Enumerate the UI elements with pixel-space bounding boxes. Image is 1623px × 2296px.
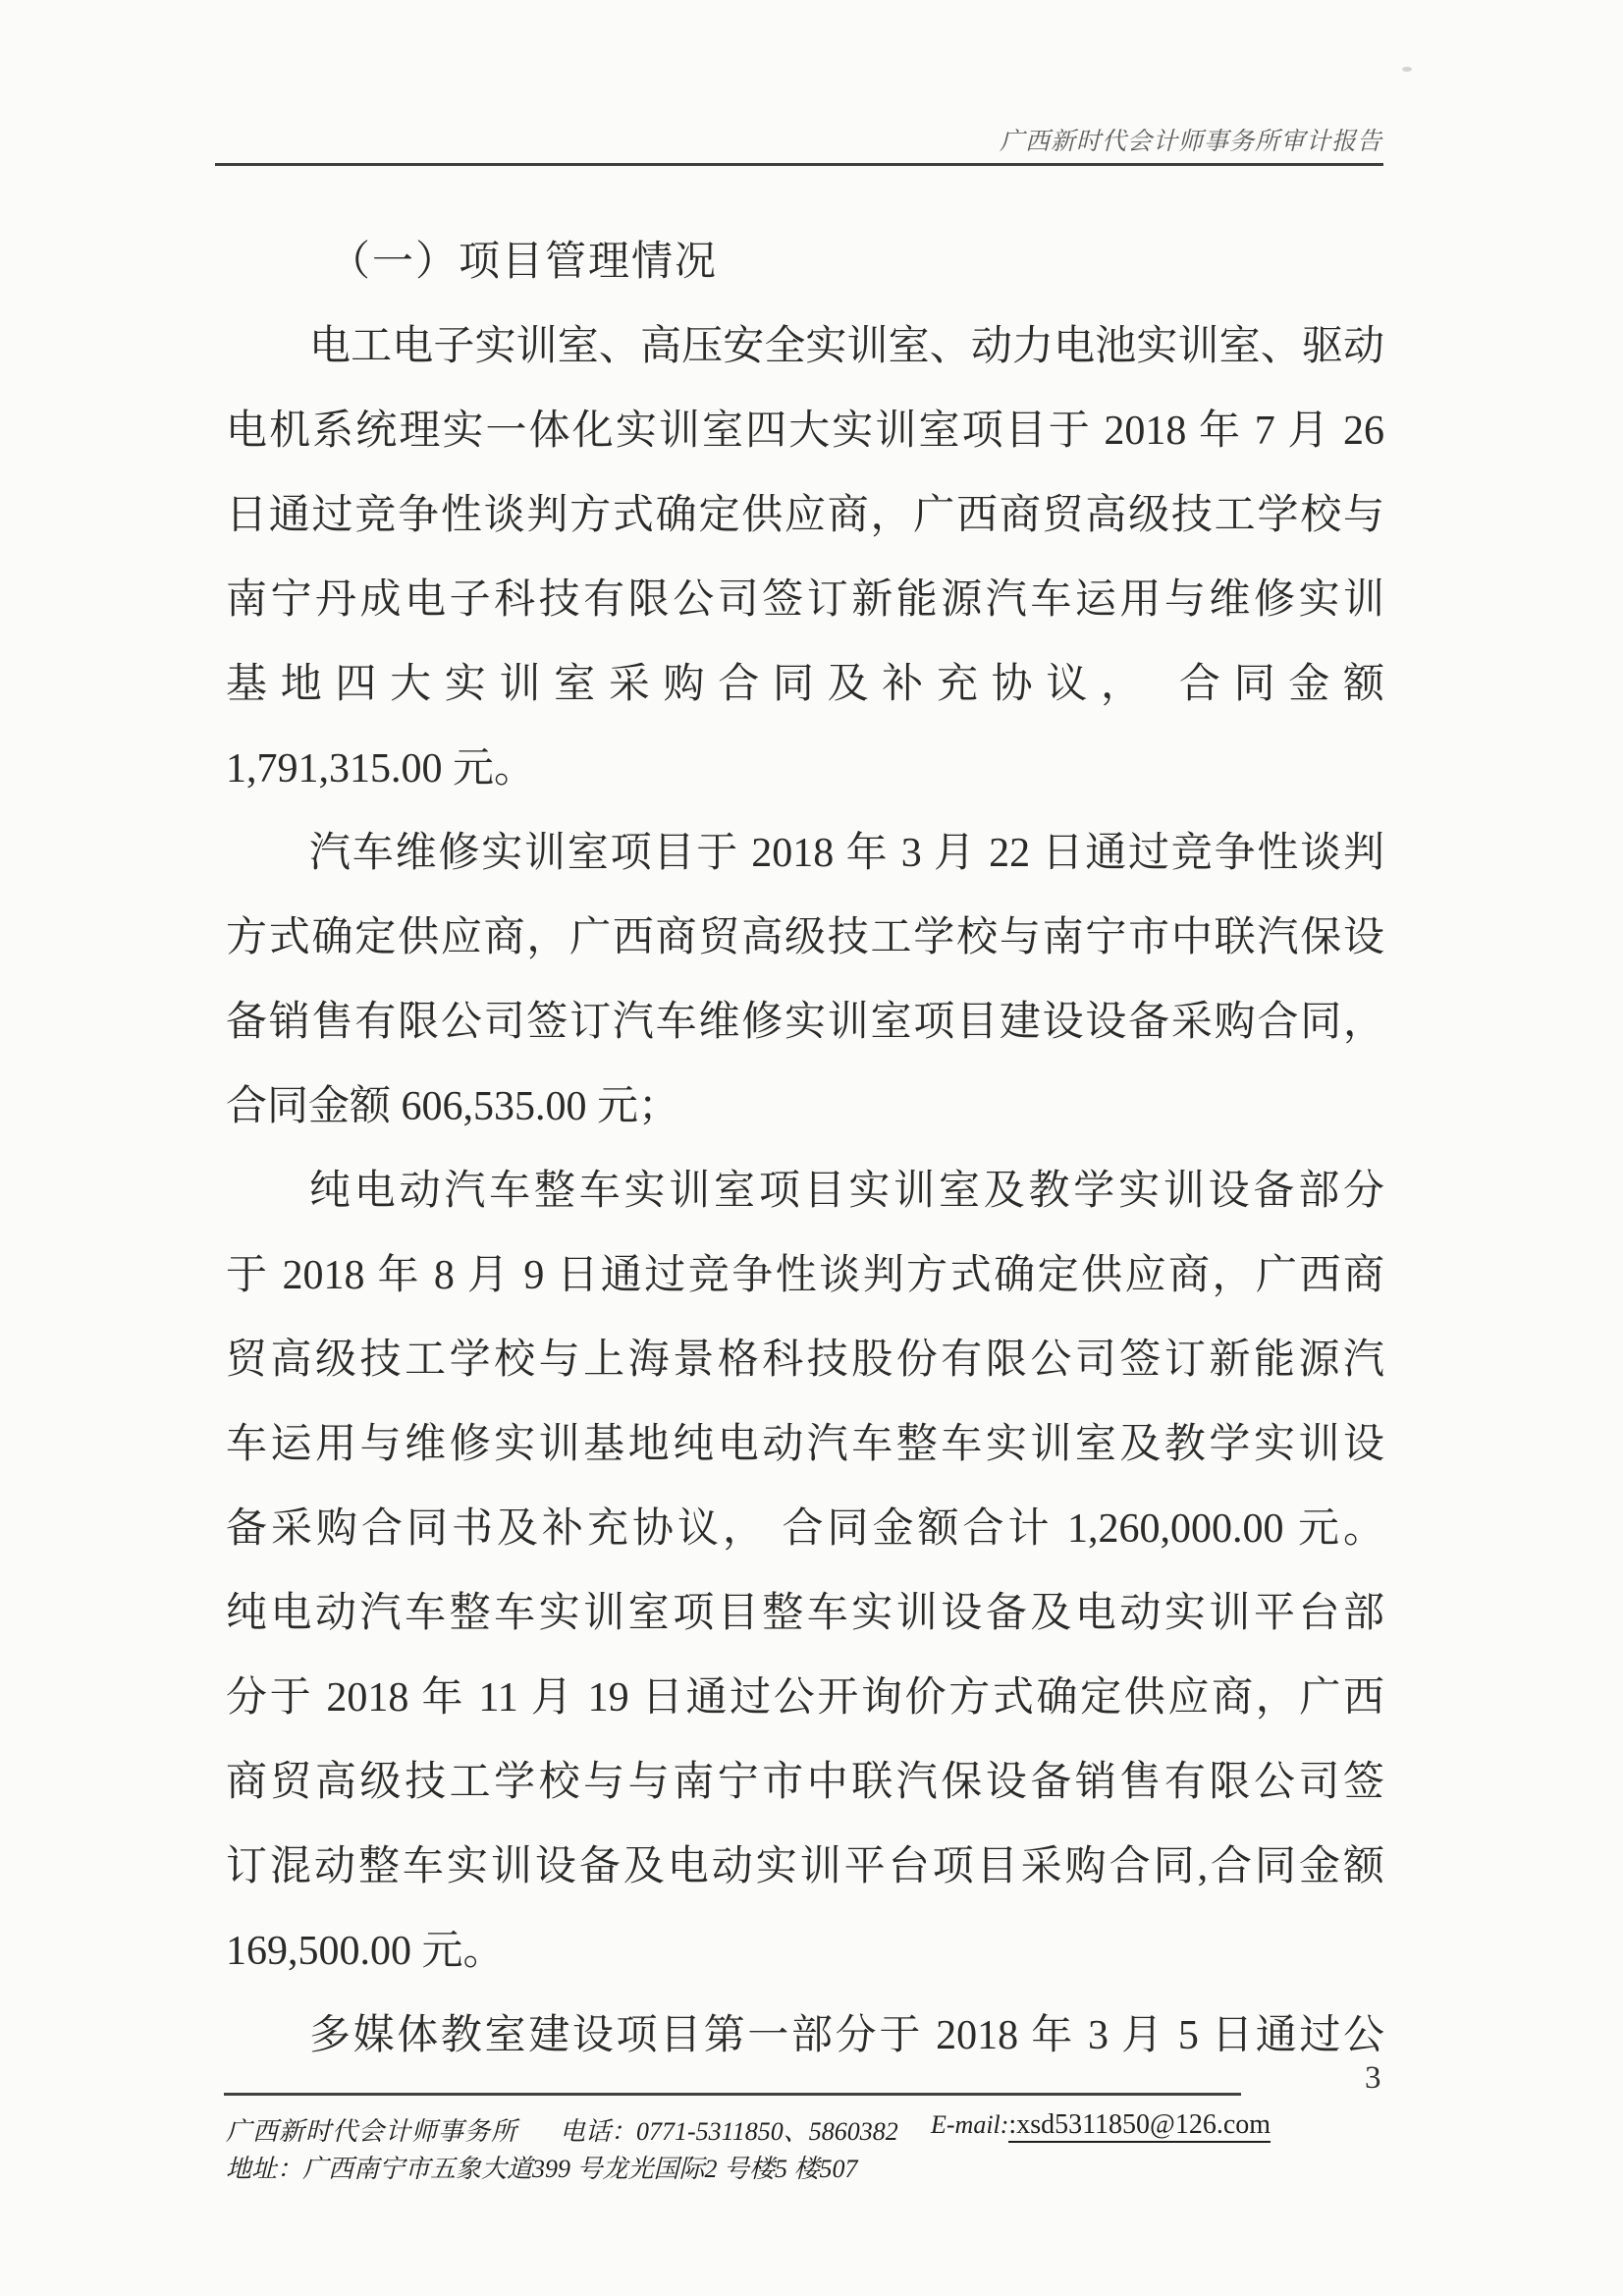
page-number: 3	[1365, 2060, 1381, 2097]
footer-phone-label: 电话：	[560, 2117, 636, 2146]
body-line: 基地四大实训室采购合同及补充协议， 合同金额	[226, 642, 1384, 727]
body-line: 于 2018 年 8 月 9 日通过竞争性谈判方式确定供应商，广西商	[226, 1233, 1384, 1318]
header-title: 广西新时代会计师事务所审计报告	[1000, 129, 1382, 155]
footer-phone-value: 0771-5311850、5860382	[636, 2117, 898, 2146]
body-line: 合同金额 606,535.00 元；	[226, 1065, 1384, 1149]
body-line: 贸高级技工学校与上海景格科技股份有限公司签订新能源汽	[226, 1318, 1384, 1402]
body-line: 方式确定供应商，广西商贸高级技工学校与南宁市中联汽保设	[226, 896, 1384, 980]
body-line: 1,791,315.00 元。	[226, 727, 1384, 811]
header-rule	[215, 163, 1383, 166]
footer-email-label: E-mail:	[931, 2110, 1008, 2139]
footer-rule	[224, 2093, 1241, 2096]
body-line: 纯电动汽车整车实训室项目实训室及教学实训设备部分	[226, 1149, 1384, 1233]
body-line: 备销售有限公司签订汽车维修实训室项目建设设备采购合同，	[226, 980, 1384, 1065]
footer-phone: 电话：0771-5311850、5860382	[560, 2111, 898, 2148]
section-title: （一）项目管理情况	[226, 220, 1384, 304]
footer-address: 地址：广西南宁市五象大道399 号龙光国际2 号楼5 楼507	[226, 2149, 858, 2185]
body-line: 商贸高级技工学校与与南宁市中联汽保设备销售有限公司签	[226, 1740, 1384, 1825]
body-line: 纯电动汽车整车实训室项目整车实训设备及电动实训平台部	[226, 1571, 1384, 1656]
body-line: 电工电子实训室、高压安全实训室、动力电池实训室、驱动	[226, 304, 1384, 389]
body-line: 多媒体教室建设项目第一部分于 2018 年 3 月 5 日通过公	[226, 1994, 1384, 2078]
body-line: 南宁丹成电子科技有限公司签订新能源汽车运用与维修实训	[226, 558, 1384, 642]
footer-firm-name: 广西新时代会计师事务所	[226, 2111, 517, 2148]
body-line: 日通过竞争性谈判方式确定供应商，广西商贸高级技工学校与	[226, 473, 1384, 558]
document-body: （一）项目管理情况 电工电子实训室、高压安全实训室、动力电池实训室、驱动 电机系…	[226, 220, 1384, 2078]
document-page: 广西新时代会计师事务所审计报告 （一）项目管理情况 电工电子实训室、高压安全实训…	[0, 0, 1623, 2296]
scan-speck	[1402, 67, 1412, 72]
body-line: 订混动整车实训设备及电动实训平台项目采购合同,合同金额	[226, 1825, 1384, 1909]
body-line: 汽车维修实训室项目于 2018 年 3 月 22 日通过竞争性谈判	[226, 811, 1384, 896]
footer-email: E-mail::xsd5311850@126.com	[931, 2109, 1271, 2141]
page-header: 广西新时代会计师事务所审计报告	[1000, 122, 1382, 157]
body-line: 备采购合同书及补充协议， 合同金额合计 1,260,000.00 元。	[226, 1487, 1384, 1571]
body-line: 车运用与维修实训基地纯电动汽车整车实训室及教学实训设	[226, 1402, 1384, 1487]
body-line: 169,500.00 元。	[226, 1909, 1384, 1994]
footer-email-value: :xsd5311850@126.com	[1008, 2109, 1271, 2143]
body-line: 分于 2018 年 11 月 19 日通过公开询价方式确定供应商，广西	[226, 1656, 1384, 1740]
body-line: 电机系统理实一体化实训室四大实训室项目于 2018 年 7 月 26	[226, 389, 1384, 473]
